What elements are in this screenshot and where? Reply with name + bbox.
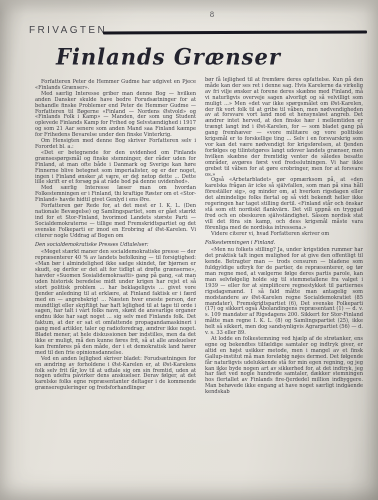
paragraph: Videre citerer vi, hvad Forfatteren skri… <box>205 232 363 238</box>
masthead-rule <box>103 31 367 35</box>
paragraph: bør få lejlighed til at fremføre deres o… <box>205 78 363 178</box>
page-number: 8 <box>205 11 219 19</box>
scanned-magazine-page: 8 FRIVAGTEN Finlands Grænser Forfatteren… <box>0 0 378 500</box>
article-title: Finlands Grænser <box>56 43 276 69</box>
paragraph: Med særlig Interesse griber man denne Bo… <box>35 92 196 139</box>
left-text-column: Forfatteren Peter de Hemmer Gudme har ud… <box>35 80 196 392</box>
paragraph: Med særlig Interesse læser man om hvorda… <box>35 186 196 204</box>
paragraph: «Det er betegnende for den uvidenhed om … <box>35 151 196 186</box>
paragraph: «Men nu folkets stilling? Ja, under krig… <box>205 248 363 337</box>
paragraph: Også «Arbetarbladet» gør opmærksom på, a… <box>205 178 363 231</box>
right-text-column: bør få lejlighed til at fremføre deres o… <box>205 78 363 396</box>
magazine-masthead: FRIVAGTEN <box>29 25 107 36</box>
paragraph: At lodde en folkestemning ved hjælp af d… <box>205 337 363 396</box>
paragraph: «Meget stærkt maner den socialdemokratis… <box>35 250 196 356</box>
paragraph: Ved en anden lejlighed skriver bladet: F… <box>35 357 196 392</box>
paragraph: Forfatteren gør Rede for, at det mest er… <box>35 204 196 239</box>
